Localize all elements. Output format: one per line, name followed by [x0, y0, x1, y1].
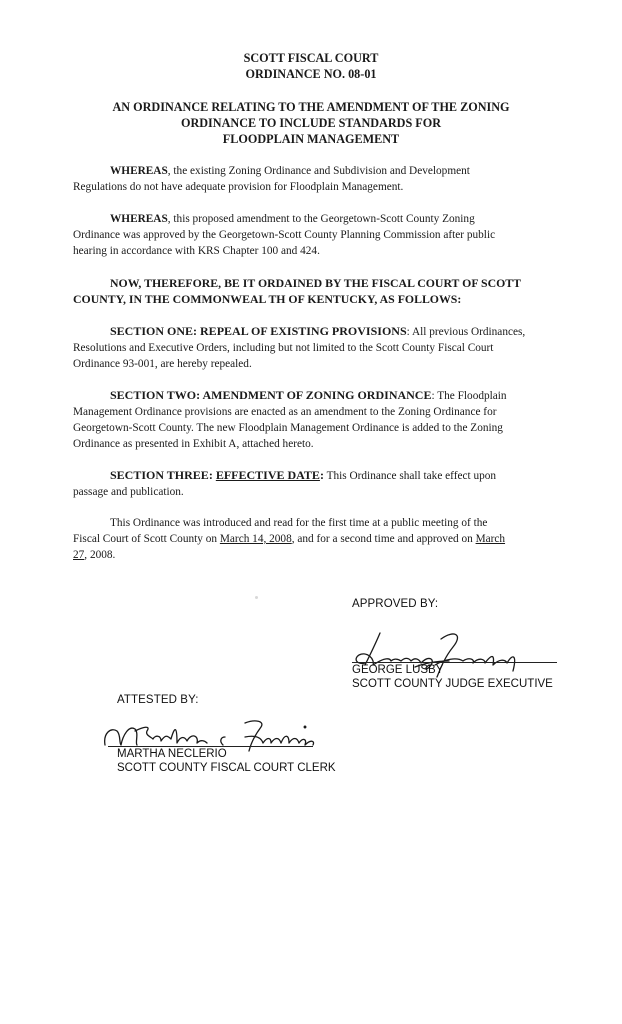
judge-title: SCOTT COUNTY JUDGE EXECUTIVE	[352, 677, 553, 691]
ordinance-title-line1: AN ORDINANCE RELATING TO THE AMENDMENT O…	[0, 99, 622, 115]
court-name: SCOTT FISCAL COURT	[0, 50, 622, 66]
section-three-heading: SECTION THREE: EFFECTIVE DATE:	[110, 468, 324, 482]
clerk-title: SCOTT COUNTY FISCAL COURT CLERK	[117, 761, 336, 775]
approved-by-label: APPROVED BY:	[352, 597, 438, 611]
second-reading-date-day: 27	[73, 549, 84, 561]
clerk-name: MARTHA NECLERIO	[117, 747, 227, 761]
effective-date-heading: EFFECTIVE DATE	[216, 468, 320, 482]
whereas-paragraph-2: WHEREAS, this proposed amendment to the …	[73, 211, 543, 259]
document-page: SCOTT FISCAL COURT ORDINANCE NO. 08-01 A…	[0, 0, 622, 1024]
section-three: SECTION THREE: EFFECTIVE DATE: This Ordi…	[73, 467, 543, 500]
ordinance-title-line3: FLOODPLAIN MANAGEMENT	[0, 131, 622, 147]
ordained-clause: NOW, THEREFORE, BE IT ORDAINED BY THE FI…	[73, 275, 543, 307]
ordinance-number: ORDINANCE NO. 08-01	[0, 66, 622, 82]
scan-speck	[255, 596, 258, 599]
whereas-lead: WHEREAS	[110, 213, 168, 225]
judge-name: GEORGE LUSBY	[352, 663, 443, 677]
ordinance-title-line2: ORDINANCE TO INCLUDE STANDARDS FOR	[0, 115, 622, 131]
first-reading-date: March 14, 2008	[220, 533, 292, 545]
attested-by-label: ATTESTED BY:	[117, 693, 199, 707]
section-two-heading: SECTION TWO: AMENDMENT OF ZONING ORDINAN…	[110, 388, 431, 402]
closing-paragraph: This Ordinance was introduced and read f…	[73, 515, 543, 563]
section-two: SECTION TWO: AMENDMENT OF ZONING ORDINAN…	[73, 387, 543, 452]
second-reading-date-month: March	[476, 533, 505, 545]
section-one: SECTION ONE: REPEAL OF EXISTING PROVISIO…	[73, 323, 543, 372]
whereas-lead: WHEREAS	[110, 165, 168, 177]
section-one-heading: SECTION ONE: REPEAL OF EXISTING PROVISIO…	[110, 324, 407, 338]
whereas-paragraph-1: WHEREAS, the existing Zoning Ordinance a…	[73, 163, 543, 195]
